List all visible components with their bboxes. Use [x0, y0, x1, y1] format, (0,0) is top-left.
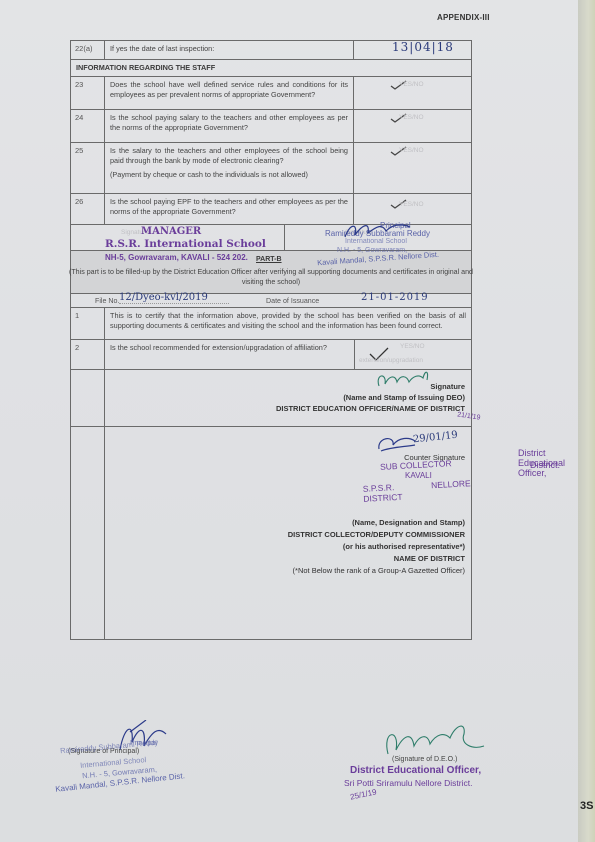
- manager-stamp-title: MANAGER: [141, 226, 201, 237]
- question-row: 25 Is the salary to the teachers and oth…: [71, 143, 471, 194]
- question-note: (Payment by cheque or cash to the indivi…: [110, 170, 348, 180]
- answer-options: YES/NO: [399, 147, 424, 154]
- appendix-label: APPENDIX-III: [437, 13, 490, 22]
- edge-mark: 3S: [580, 800, 593, 812]
- answer-options: YES/NO: [399, 81, 424, 88]
- date-of-issuance-value[interactable]: 21-01-2019: [361, 292, 429, 303]
- file-number-row: File No. 12/Dyeo-kvl/2019 Date of Issuan…: [71, 294, 471, 308]
- row-question: If yes the date of last inspection:: [105, 41, 353, 59]
- part-b-title: PART-B: [256, 256, 282, 263]
- collector-line: (or his authorised representative*): [288, 541, 465, 553]
- row-number: 2: [71, 340, 105, 369]
- school-address-stamp: NH-5, Gowravaram, KAVALI - 524 202.: [105, 253, 248, 262]
- inspection-date-field[interactable]: 13|04|18: [353, 41, 471, 59]
- row-number: 26: [71, 194, 105, 224]
- row-number: 1: [71, 308, 105, 339]
- question-row: 24 Is the school paying salary to the te…: [71, 110, 471, 143]
- file-no-label: File No.: [95, 296, 119, 306]
- row-question: Is the school paying salary to the teach…: [105, 110, 353, 142]
- deo-stamp-line: Sri Potti Sriramulu Nellore District.: [344, 778, 472, 788]
- question-text: Is the salary to the teachers and other …: [110, 146, 348, 166]
- recommendation-answer-cell[interactable]: YES/NO extension/upgradation: [354, 340, 471, 369]
- handwritten-date: 21/1/19: [456, 410, 481, 423]
- file-no-value[interactable]: 12/Dyeo-kvl/2019: [119, 292, 229, 304]
- row-number: 22(a): [71, 41, 105, 59]
- part-a-table: 22(a) If yes the date of last inspection…: [70, 40, 472, 640]
- deo-signature-scribble: [373, 368, 433, 392]
- collector-line: DISTRICT COLLECTOR/DEPUTY COMMISSIONER: [288, 529, 465, 541]
- row-number: 25: [71, 143, 105, 193]
- empty-number-cell: [71, 427, 105, 639]
- section-header-row: INFORMATION REGARDING THE STAFF: [71, 60, 471, 77]
- inspection-row: 22(a) If yes the date of last inspection…: [71, 41, 471, 60]
- part-b-instructions: (This part is to be filled-up by the Dis…: [61, 267, 481, 287]
- answer-cell[interactable]: YES/NO: [353, 143, 471, 193]
- collector-designation-block: (Name, Designation and Stamp) DISTRICT C…: [288, 517, 465, 577]
- answer-options: YES/NO: [400, 343, 425, 350]
- certification-text: This is to certify that the information …: [105, 308, 471, 339]
- date-of-issuance-label: Date of Issuance: [266, 296, 319, 306]
- deo-stamp-overlay: District.: [530, 460, 560, 470]
- manager-signature-cell: Signature MANAGER R.S.R. International S…: [71, 225, 285, 250]
- principal-signature-scribble: [340, 219, 420, 247]
- deo-signature-label: (Signature of D.E.O.): [392, 756, 457, 763]
- handwritten-date: 29/01/19: [413, 431, 459, 446]
- row-question: Does the school have well defined servic…: [105, 77, 353, 109]
- collector-line: NAME OF DISTRICT: [288, 553, 465, 565]
- section-title: INFORMATION REGARDING THE STAFF: [71, 60, 220, 76]
- collector-line: (Name, Designation and Stamp): [288, 517, 465, 529]
- row-number: 24: [71, 110, 105, 142]
- part-b-header: NH-5, Gowravaram, KAVALI - 524 202. PART…: [71, 251, 471, 294]
- recommendation-question: Is the school recommended for extension/…: [105, 340, 354, 369]
- recommendation-row: 2 Is the school recommended for extensio…: [71, 340, 471, 370]
- sub-collector-stamp-line: S.P.S.R. NELLORE DISTRICT: [363, 478, 472, 504]
- deo-signature-cell: Signature (Name and Stamp of Issuing DEO…: [105, 370, 471, 426]
- page-edge-background: [578, 0, 595, 842]
- deo-name-stamp-label: (Name and Stamp of Issuing DEO): [343, 393, 465, 403]
- deo-footer-signature: (Signature of D.E.O.) District Education…: [330, 720, 560, 810]
- question-row: 23 Does the school have well defined ser…: [71, 77, 471, 110]
- certification-row: 1 This is to certify that the informatio…: [71, 308, 471, 340]
- deo-stamp-line: District Educational Officer,: [350, 765, 481, 776]
- deo-signature-row: Signature (Name and Stamp of Issuing DEO…: [71, 370, 471, 427]
- handwritten-date: 25/1/19: [349, 787, 377, 801]
- principal-footer-signature: (Signature of Principal) Principal Ramir…: [20, 720, 250, 800]
- answer-sub-options: extension/upgradation: [359, 357, 423, 364]
- answer-cell[interactable]: YES/NO: [353, 110, 471, 142]
- collector-signature-cell: 29/01/19 Counter Signature SUB COLLECTOR…: [105, 427, 471, 639]
- row-number: 23: [71, 77, 105, 109]
- signature-label: Signature: [430, 382, 465, 392]
- deo-signature-scribble: [380, 720, 490, 760]
- row-question: Is the school paying EPF to the teachers…: [105, 194, 353, 224]
- sub-collector-stamp-line: SUB COLLECTOR: [380, 458, 452, 472]
- handwritten-date: 13|04|18: [392, 40, 454, 54]
- empty-number-cell: [71, 370, 105, 426]
- collector-signature-row: 29/01/19 Counter Signature SUB COLLECTOR…: [71, 427, 471, 639]
- collector-line: (*Not Below the rank of a Group-A Gazett…: [288, 565, 465, 577]
- answer-cell[interactable]: YES/NO: [353, 77, 471, 109]
- row-question: Is the salary to the teachers and other …: [105, 143, 353, 193]
- deo-title: DISTRICT EDUCATION OFFICER/NAME OF DISTR…: [276, 404, 465, 414]
- answer-options: YES/NO: [399, 114, 424, 121]
- signature-row: Signature MANAGER R.S.R. International S…: [71, 225, 471, 251]
- answer-options: YES/NO: [399, 201, 424, 208]
- school-name-stamp: R.S.R. International School: [105, 238, 266, 250]
